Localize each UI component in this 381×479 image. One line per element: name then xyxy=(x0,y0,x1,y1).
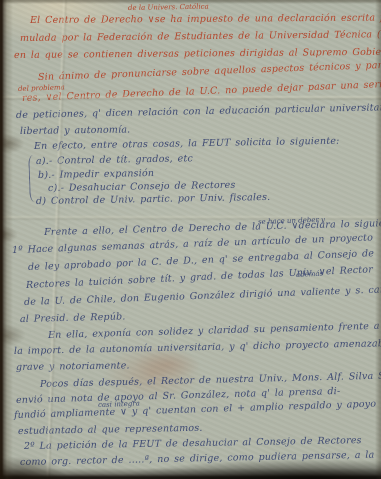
interline-insert: de la Univers. Católica xyxy=(128,3,209,12)
interline-insert: además xyxy=(296,270,324,279)
interline-insert: casi íntegra xyxy=(98,400,140,409)
interline-insertions: de la Univers. Católica del problema se … xyxy=(0,0,381,479)
interline-insert: del problema xyxy=(18,83,65,93)
scanned-document-page: El Centro de Derecho ∨se ha impuesto de … xyxy=(0,0,381,479)
margin-brace-mark xyxy=(28,155,38,202)
interline-insert: se hace un deber y xyxy=(258,216,325,226)
